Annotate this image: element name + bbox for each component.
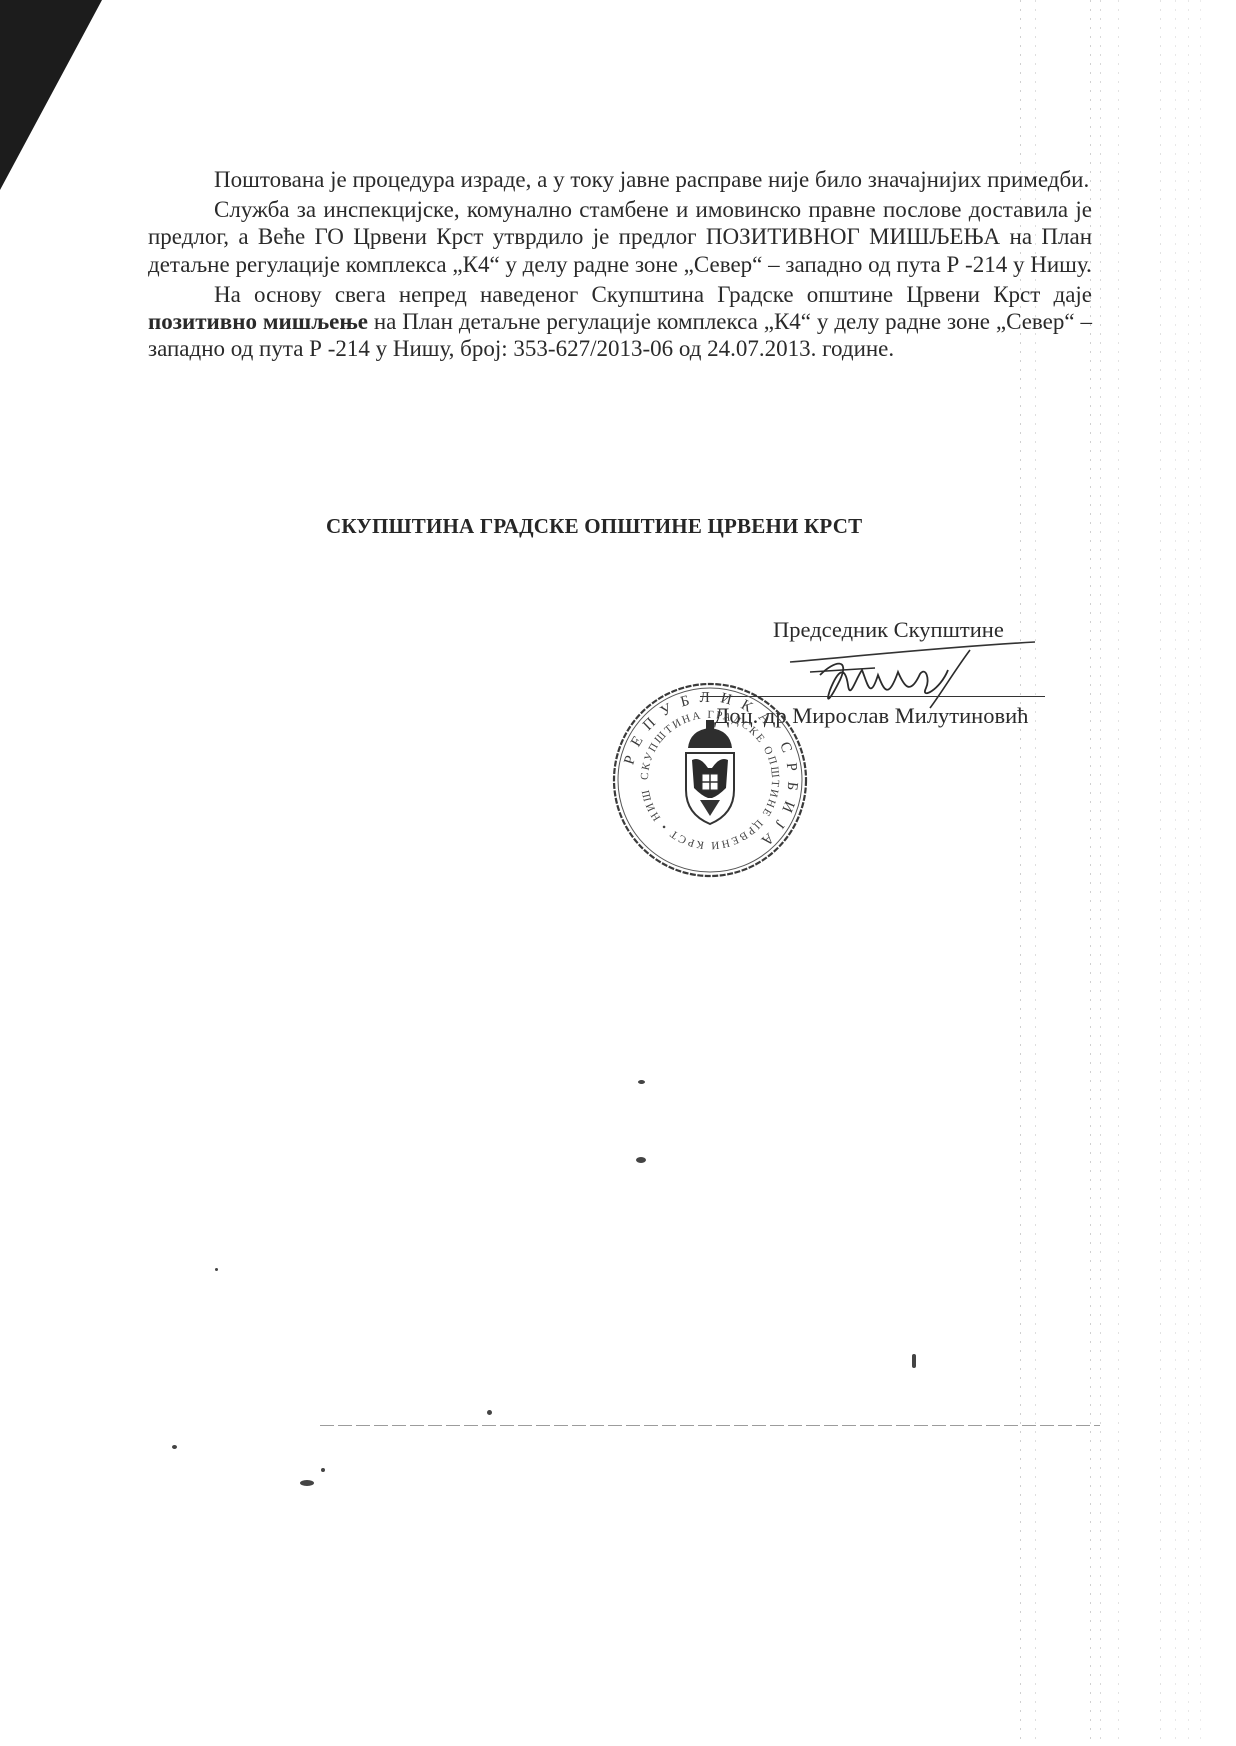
coat-of-arms-icon [686,720,734,824]
document-body: Поштована је процедура израде, а у току … [148,166,1092,365]
paragraph: На основу свега непред наведеног Скупшти… [148,281,1092,363]
scan-speck [912,1354,916,1368]
issuer-heading: СКУПШТИНА ГРАДСКЕ ОПШТИНЕ ЦРВЕНИ КРСТ [326,514,862,539]
scan-speck [321,1468,325,1472]
scan-artifact-line [320,1425,1100,1426]
scan-speck [638,1080,645,1084]
paragraph-text: Поштована је процедура израде, а у току … [214,167,1089,192]
scan-speck [636,1157,646,1163]
scan-speck [215,1268,218,1271]
scan-noise [1175,0,1176,1746]
scan-noise [1118,0,1119,1746]
scan-speck [300,1480,314,1486]
scan-speck [172,1445,177,1449]
scan-noise [1100,0,1101,1746]
scan-noise [1200,0,1201,1746]
scan-noise [1188,0,1189,1746]
scan-speck [487,1410,492,1415]
official-seal-stamp: РЕПУБЛИКА СРБИЈА СКУПШТИНА ГРАДСКЕ ОПШТИ… [608,678,812,882]
handwritten-signature [780,630,1040,710]
paragraph: Поштована је процедура израде, а у току … [148,166,1092,193]
emphasized-text: позитивно мишљење [148,309,368,334]
scan-noise [1160,0,1161,1746]
paragraph-text: На основу свега непред наведеног Скупшти… [214,282,1092,307]
scan-shadow-corner [0,0,102,190]
paragraph-text: Служба за инспекцијске, комунално стамбе… [148,197,1092,276]
paragraph: Служба за инспекцијске, комунално стамбе… [148,196,1092,278]
